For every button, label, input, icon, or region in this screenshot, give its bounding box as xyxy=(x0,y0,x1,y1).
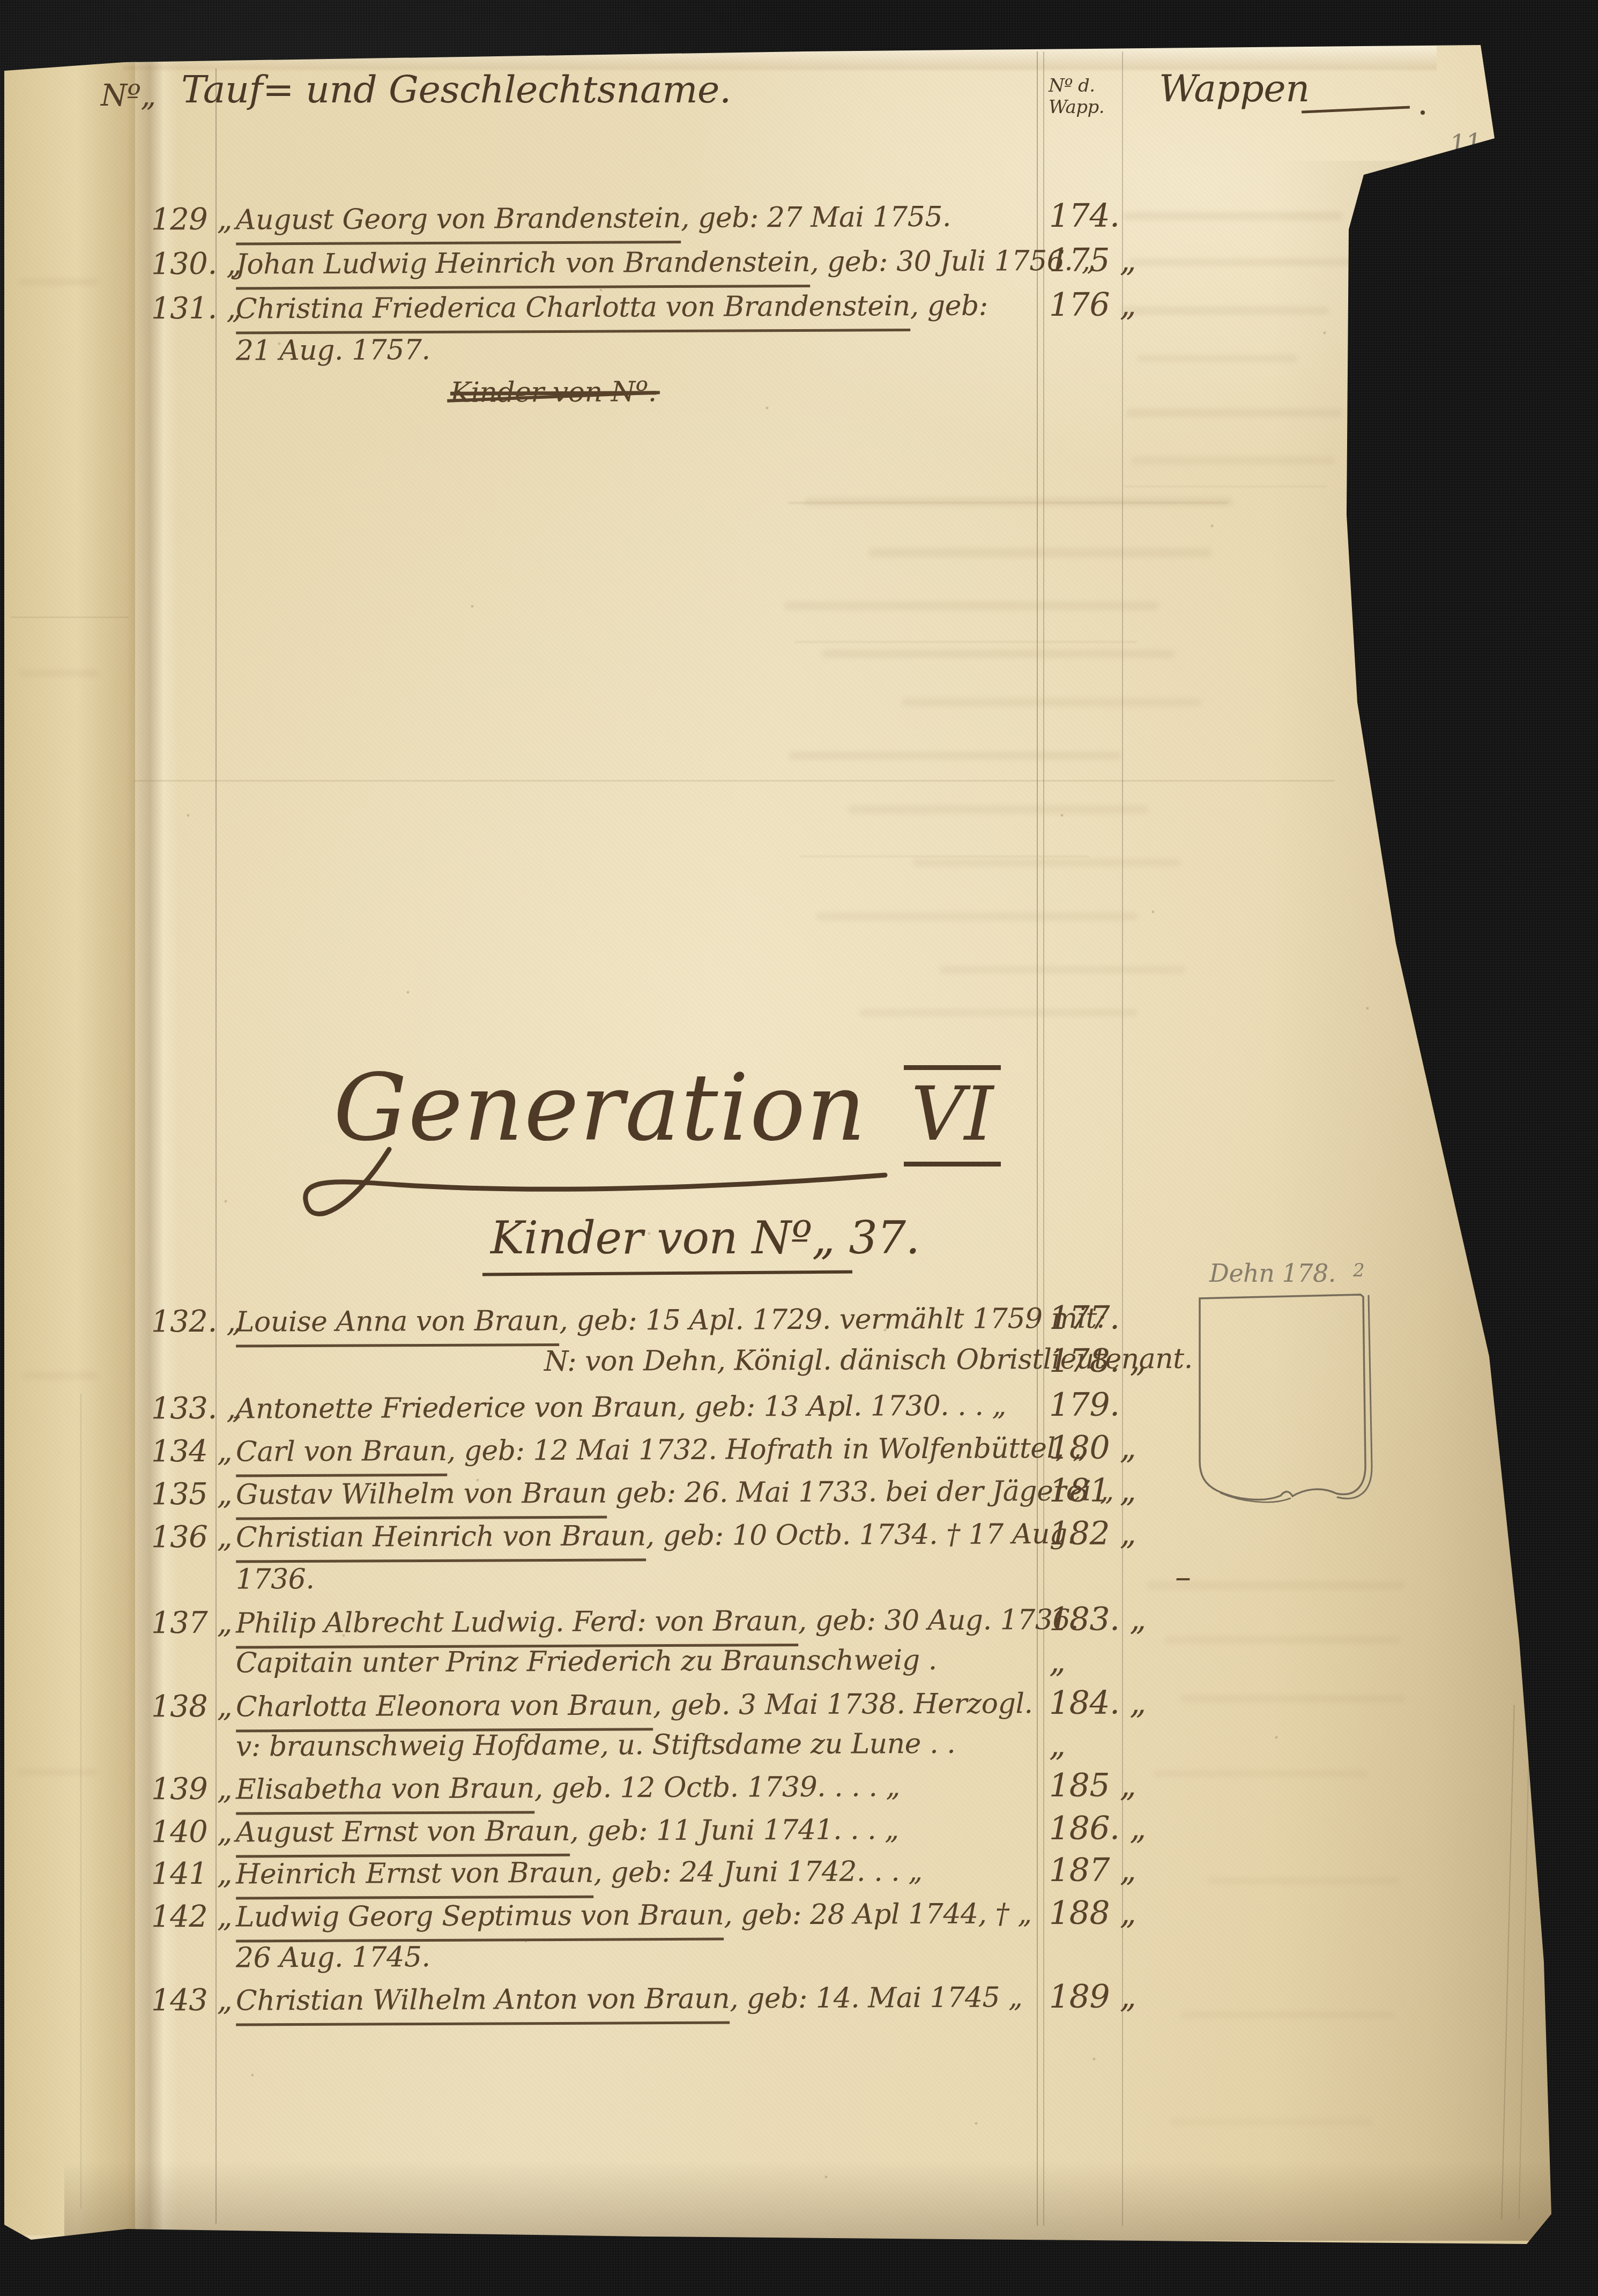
entry-text-group: Carl von Braun, geb: 12 Mai 1732. Hofrat… xyxy=(236,1432,1087,1477)
register-line: 138 „Charlotta Eleonora von Braun, geb. … xyxy=(151,1684,1448,1725)
previous-leaf-edge xyxy=(4,51,135,2235)
entry-text-group: Elisabetha von Braun, geb. 12 Octb. 1739… xyxy=(236,1771,900,1815)
entry-number xyxy=(151,1372,236,1373)
struck-text: Kinder von Nº. xyxy=(450,376,657,409)
wappen-number: 188 „ xyxy=(1049,1894,1136,1932)
entry-text: Capitain unter Prinz Friederich zu Braun… xyxy=(236,1644,937,1680)
entry-text: 26 Aug. 1745. xyxy=(236,1941,430,1974)
register-line: 136 „Christian Heinrich von Braun, geb: … xyxy=(151,1514,1448,1555)
entry-number: 142 „ xyxy=(151,1899,236,1935)
entry-text-group: 1736. xyxy=(236,1563,315,1596)
entry-number xyxy=(151,1967,236,1968)
wappen-number: 174. xyxy=(1049,197,1120,235)
person-name: August Ernst von Braun xyxy=(236,1815,570,1858)
bleedthrough-ghost xyxy=(23,1372,98,1379)
wappen-number: 175 „ xyxy=(1049,241,1136,279)
bleedthrough-ghost xyxy=(19,670,100,677)
wappen-number: 182 „ xyxy=(1049,1514,1136,1552)
bleedthrough-ghost xyxy=(1128,258,1354,266)
entry-text: 1736. xyxy=(236,1563,315,1596)
wappen-number: 184. „ xyxy=(1049,1684,1146,1722)
entry-text: , geb: 14. Mai 1745 „ xyxy=(730,1981,1023,2015)
header-flourish-dot xyxy=(1421,110,1425,115)
entry-text-group: August Georg von Brandenstein, geb: 27 M… xyxy=(236,201,951,246)
entry-text-group: Philip Albrecht Ludwig. Ferd: von Braun,… xyxy=(236,1604,1079,1649)
wappen-number: – xyxy=(1175,1558,1191,1596)
entry-number: 143 „ xyxy=(151,1983,236,2018)
bleedthrough-ghost xyxy=(939,966,1186,974)
entry-number xyxy=(151,1673,236,1673)
bottom-edge-shading xyxy=(64,2160,1555,2241)
person-name: Gustav Wilhelm von Braun xyxy=(236,1477,607,1520)
bleedthrough-ghost xyxy=(784,601,1159,610)
entry-text-group: Capitain unter Prinz Friederich zu Braun… xyxy=(236,1644,937,1680)
entry-text-group: Christina Friederica Charlotta von Brand… xyxy=(236,289,988,334)
header-wappen-column: Wappen xyxy=(1159,66,1310,110)
header-wappen-number-line1: Nº d. xyxy=(1049,75,1104,96)
paper-flecks xyxy=(0,0,1,1)
scanned-register-page: Nº„ Tauf= und Geschlechtsname. Nº d. Wap… xyxy=(0,0,1598,2296)
bleedthrough-ghost xyxy=(17,1769,98,1775)
entry-number: 136 „ xyxy=(151,1520,236,1555)
wappen-number: 185 „ xyxy=(1049,1766,1136,1804)
entry-text-group: v: braunschweig Hofdame, u. Stiftsdame z… xyxy=(236,1728,955,1763)
entry-text-group: 21 Aug. 1757. xyxy=(236,334,430,367)
register-line: 1736.– xyxy=(151,1558,1448,1596)
entry-number xyxy=(151,1756,236,1757)
entry-number: 129 „ xyxy=(151,202,236,237)
entry-text-group: Louise Anna von Braun, geb: 15 Apl. 1729… xyxy=(236,1303,1106,1348)
entry-number: 134 „ xyxy=(151,1434,236,1469)
entry-text: Antonette Friederice von Braun, geb: 13 … xyxy=(236,1390,1006,1425)
leaf-crease xyxy=(11,616,129,618)
bleedthrough-ghost xyxy=(1180,2011,1395,2018)
person-name: Ludwig Georg Septimus von Braun xyxy=(236,1899,724,1943)
bleedthrough-ghost xyxy=(1126,408,1342,417)
register-line: 140 „August Ernst von Braun, geb: 11 Jun… xyxy=(151,1809,1448,1850)
header-wappen-number-column: Nº d. Wapp. xyxy=(1049,75,1104,118)
entry-text: v: braunschweig Hofdame, u. Stiftsdame z… xyxy=(236,1728,955,1763)
entry-text: , geb: 30 Aug. 1736. xyxy=(798,1604,1079,1637)
register-line: v: braunschweig Hofdame, u. Stiftsdame z… xyxy=(151,1726,1448,1764)
bleedthrough-line xyxy=(788,502,1228,504)
header-wappen-number-line2: Wapp. xyxy=(1049,96,1104,118)
entry-text-group: Johan Ludwig Heinrich von Brandenstein, … xyxy=(236,245,1096,290)
bleedthrough-ghost xyxy=(902,698,1202,707)
wappen-number: 186. „ xyxy=(1049,1809,1146,1847)
person-name: Louise Anna von Braun xyxy=(236,1305,560,1348)
header-name-column: Tauf= und Geschlechtsname. xyxy=(181,68,731,112)
wappen-number: 179. xyxy=(1049,1386,1120,1424)
entry-text-group: Charlotta Eleonora von Braun, geb. 3 Mai… xyxy=(236,1688,1033,1732)
entry-text: , geb. 3 Mai 1738. Herzogl. xyxy=(653,1688,1033,1721)
bleedthrough-ghost xyxy=(816,912,1138,920)
wappen-number: 176 „ xyxy=(1049,286,1136,324)
bleedthrough-line xyxy=(794,641,1138,643)
entry-text: , geb: 27 Mai 1755. xyxy=(681,201,951,234)
bleedthrough-ghost xyxy=(859,1009,1138,1016)
leaf-stack-edge-1 xyxy=(1501,1705,1514,2219)
register-line: 141 „Heinrich Ernst von Braun, geb: 24 J… xyxy=(151,1851,1448,1892)
leaf-stack-edge-2 xyxy=(1519,1737,1530,2219)
bleedthrough-ghost xyxy=(1207,1877,1400,1884)
person-name: Elisabetha von Braun xyxy=(236,1772,534,1815)
shield-mark: 2 xyxy=(1353,1260,1364,1281)
bleedthrough-ghost xyxy=(912,859,1180,866)
entry-text-group: Antonette Friederice von Braun, geb: 13 … xyxy=(236,1390,1006,1425)
entry-number: 138 „ xyxy=(151,1689,236,1725)
wappen-number: „ xyxy=(1049,1643,1066,1680)
entry-number xyxy=(151,1589,236,1589)
entry-number xyxy=(151,360,236,361)
bleedthrough-ghost xyxy=(1147,1581,1404,1589)
entry-text: , geb. 12 Octb. 1739. . . . „ xyxy=(534,1771,900,1804)
person-name: Christian Heinrich von Braun xyxy=(236,1520,646,1563)
entry-number: 135 „ xyxy=(151,1477,236,1512)
bleedthrough-ghost xyxy=(1120,307,1329,315)
bleedthrough-ghost xyxy=(1136,355,1297,362)
entry-number: 131. „ xyxy=(151,291,236,326)
register-line: 131. „Christina Friederica Charlotta von… xyxy=(151,286,1448,326)
bleedthrough-ghost xyxy=(1164,1636,1400,1644)
bleedthrough-ghost xyxy=(848,805,1148,814)
bleedthrough-ghost xyxy=(1131,457,1335,464)
person-name: Heinrich Ernst von Braun xyxy=(236,1857,593,1900)
person-name: Carl von Braun xyxy=(236,1435,447,1477)
header-no-column: Nº„ xyxy=(101,78,156,113)
bleedthrough-ghost xyxy=(1154,1770,1368,1777)
entry-text: , geb: 24 Juni 1742. . . „ xyxy=(593,1855,923,1889)
register-line: Capitain unter Prinz Friederich zu Braun… xyxy=(151,1642,1448,1680)
entry-text: , geb: 10 Octb. 1734. † 17 Aug. xyxy=(646,1518,1076,1552)
person-name: August Georg von Brandenstein xyxy=(236,202,681,246)
page-number: 11 xyxy=(1448,128,1483,160)
header-flourish-dash xyxy=(1302,106,1410,114)
wappen-number: 183. „ xyxy=(1049,1600,1146,1638)
entry-number: 141 „ xyxy=(151,1856,236,1892)
wappen-number: 189 „ xyxy=(1049,1978,1136,2016)
shield-label: Dehn 178. xyxy=(1209,1259,1336,1288)
register-line: 26 Aug. 1745. xyxy=(151,1937,1448,1975)
bleedthrough-line xyxy=(800,856,1089,857)
wappen-number: 181 „ xyxy=(1049,1472,1136,1510)
entry-text: , geb: 12 Mai 1732. Hofrath in Wolfenbüt… xyxy=(447,1432,1087,1467)
kinder-subheading: Kinder von Nº„ 37. xyxy=(490,1212,920,1264)
entry-number xyxy=(151,403,236,404)
manuscript-paper: Nº„ Tauf= und Geschlechtsname. Nº d. Wap… xyxy=(0,0,1598,2296)
entry-text: geb: 26. Mai 1733. bei der Jägerei „ xyxy=(607,1475,1114,1509)
entry-text-group: Heinrich Ernst von Braun, geb: 24 Juni 1… xyxy=(236,1855,923,1900)
bleedthrough-ghost xyxy=(1180,1695,1406,1703)
entry-number: 140 „ xyxy=(151,1815,236,1850)
register-line: Kinder von Nº. xyxy=(151,373,1448,411)
bleedthrough-ghost xyxy=(1123,212,1343,220)
entry-number: 133. „ xyxy=(151,1391,236,1426)
entry-text-group: Christian Wilhelm Anton von Braun, geb: … xyxy=(236,1981,1023,2026)
entry-text: , geb: xyxy=(910,289,988,322)
person-name: Charlotta Eleonora von Braun xyxy=(236,1689,653,1732)
bleedthrough-ghost xyxy=(868,548,1211,558)
entry-text-group: August Ernst von Braun, geb: 11 Juni 174… xyxy=(236,1814,899,1857)
empty-shield-sketch xyxy=(1190,1288,1389,1519)
entry-number: 137 „ xyxy=(151,1606,236,1641)
register-line: 137 „Philip Albrecht Ludwig. Ferd: von B… xyxy=(151,1600,1448,1641)
bleedthrough-ghost xyxy=(1170,2119,1373,2126)
bleedthrough-ghost xyxy=(789,752,1121,760)
horizontal-crease xyxy=(134,780,1335,782)
entry-text-group: Ludwig Georg Septimus von Braun, geb: 28… xyxy=(236,1898,1032,1942)
wappen-number: 178. „ xyxy=(1049,1342,1146,1380)
person-name: Philip Albrecht Ludwig. Ferd: von Braun xyxy=(236,1605,798,1649)
bleedthrough-ghost xyxy=(821,650,1175,658)
entry-text-group: Gustav Wilhelm von Braun geb: 26. Mai 17… xyxy=(236,1475,1114,1520)
entry-text: , geb: 15 Apl. 1729. vermählt 1759 mit: xyxy=(559,1303,1106,1337)
entry-number: 130. „ xyxy=(151,247,236,282)
entry-text-group: Christian Heinrich von Braun, geb: 10 Oc… xyxy=(236,1518,1076,1563)
leaf-rule-remnant xyxy=(80,1394,81,2209)
person-name: Christian Wilhelm Anton von Braun xyxy=(236,1983,730,2026)
person-name: Christina Friederica Charlotta von Brand… xyxy=(236,290,910,334)
entry-text: , geb: 11 Juni 1741. . . „ xyxy=(570,1814,899,1847)
entry-text: , geb: 28 Apl 1744, † „ xyxy=(724,1898,1032,1931)
wappen-number: 177. xyxy=(1049,1299,1120,1337)
entry-number: 132. „ xyxy=(151,1304,236,1340)
register-line: 142 „Ludwig Georg Septimus von Braun, ge… xyxy=(151,1894,1448,1935)
entry-number: 139 „ xyxy=(151,1772,236,1807)
bleedthrough-line xyxy=(1124,486,1327,487)
wappen-number: „ xyxy=(1049,1726,1066,1764)
bleedthrough-ghost xyxy=(18,279,99,285)
entry-text: 21 Aug. 1757. xyxy=(236,334,430,367)
person-name: Johan Ludwig Heinrich von Brandenstein xyxy=(236,246,810,290)
wappen-number: 187 „ xyxy=(1049,1851,1136,1889)
entry-text-group: 26 Aug. 1745. xyxy=(236,1941,430,1974)
wappen-number: 180 „ xyxy=(1049,1429,1136,1467)
entry-text-group: Kinder von Nº. xyxy=(236,376,657,410)
kinder-subheading-underline xyxy=(482,1270,852,1276)
